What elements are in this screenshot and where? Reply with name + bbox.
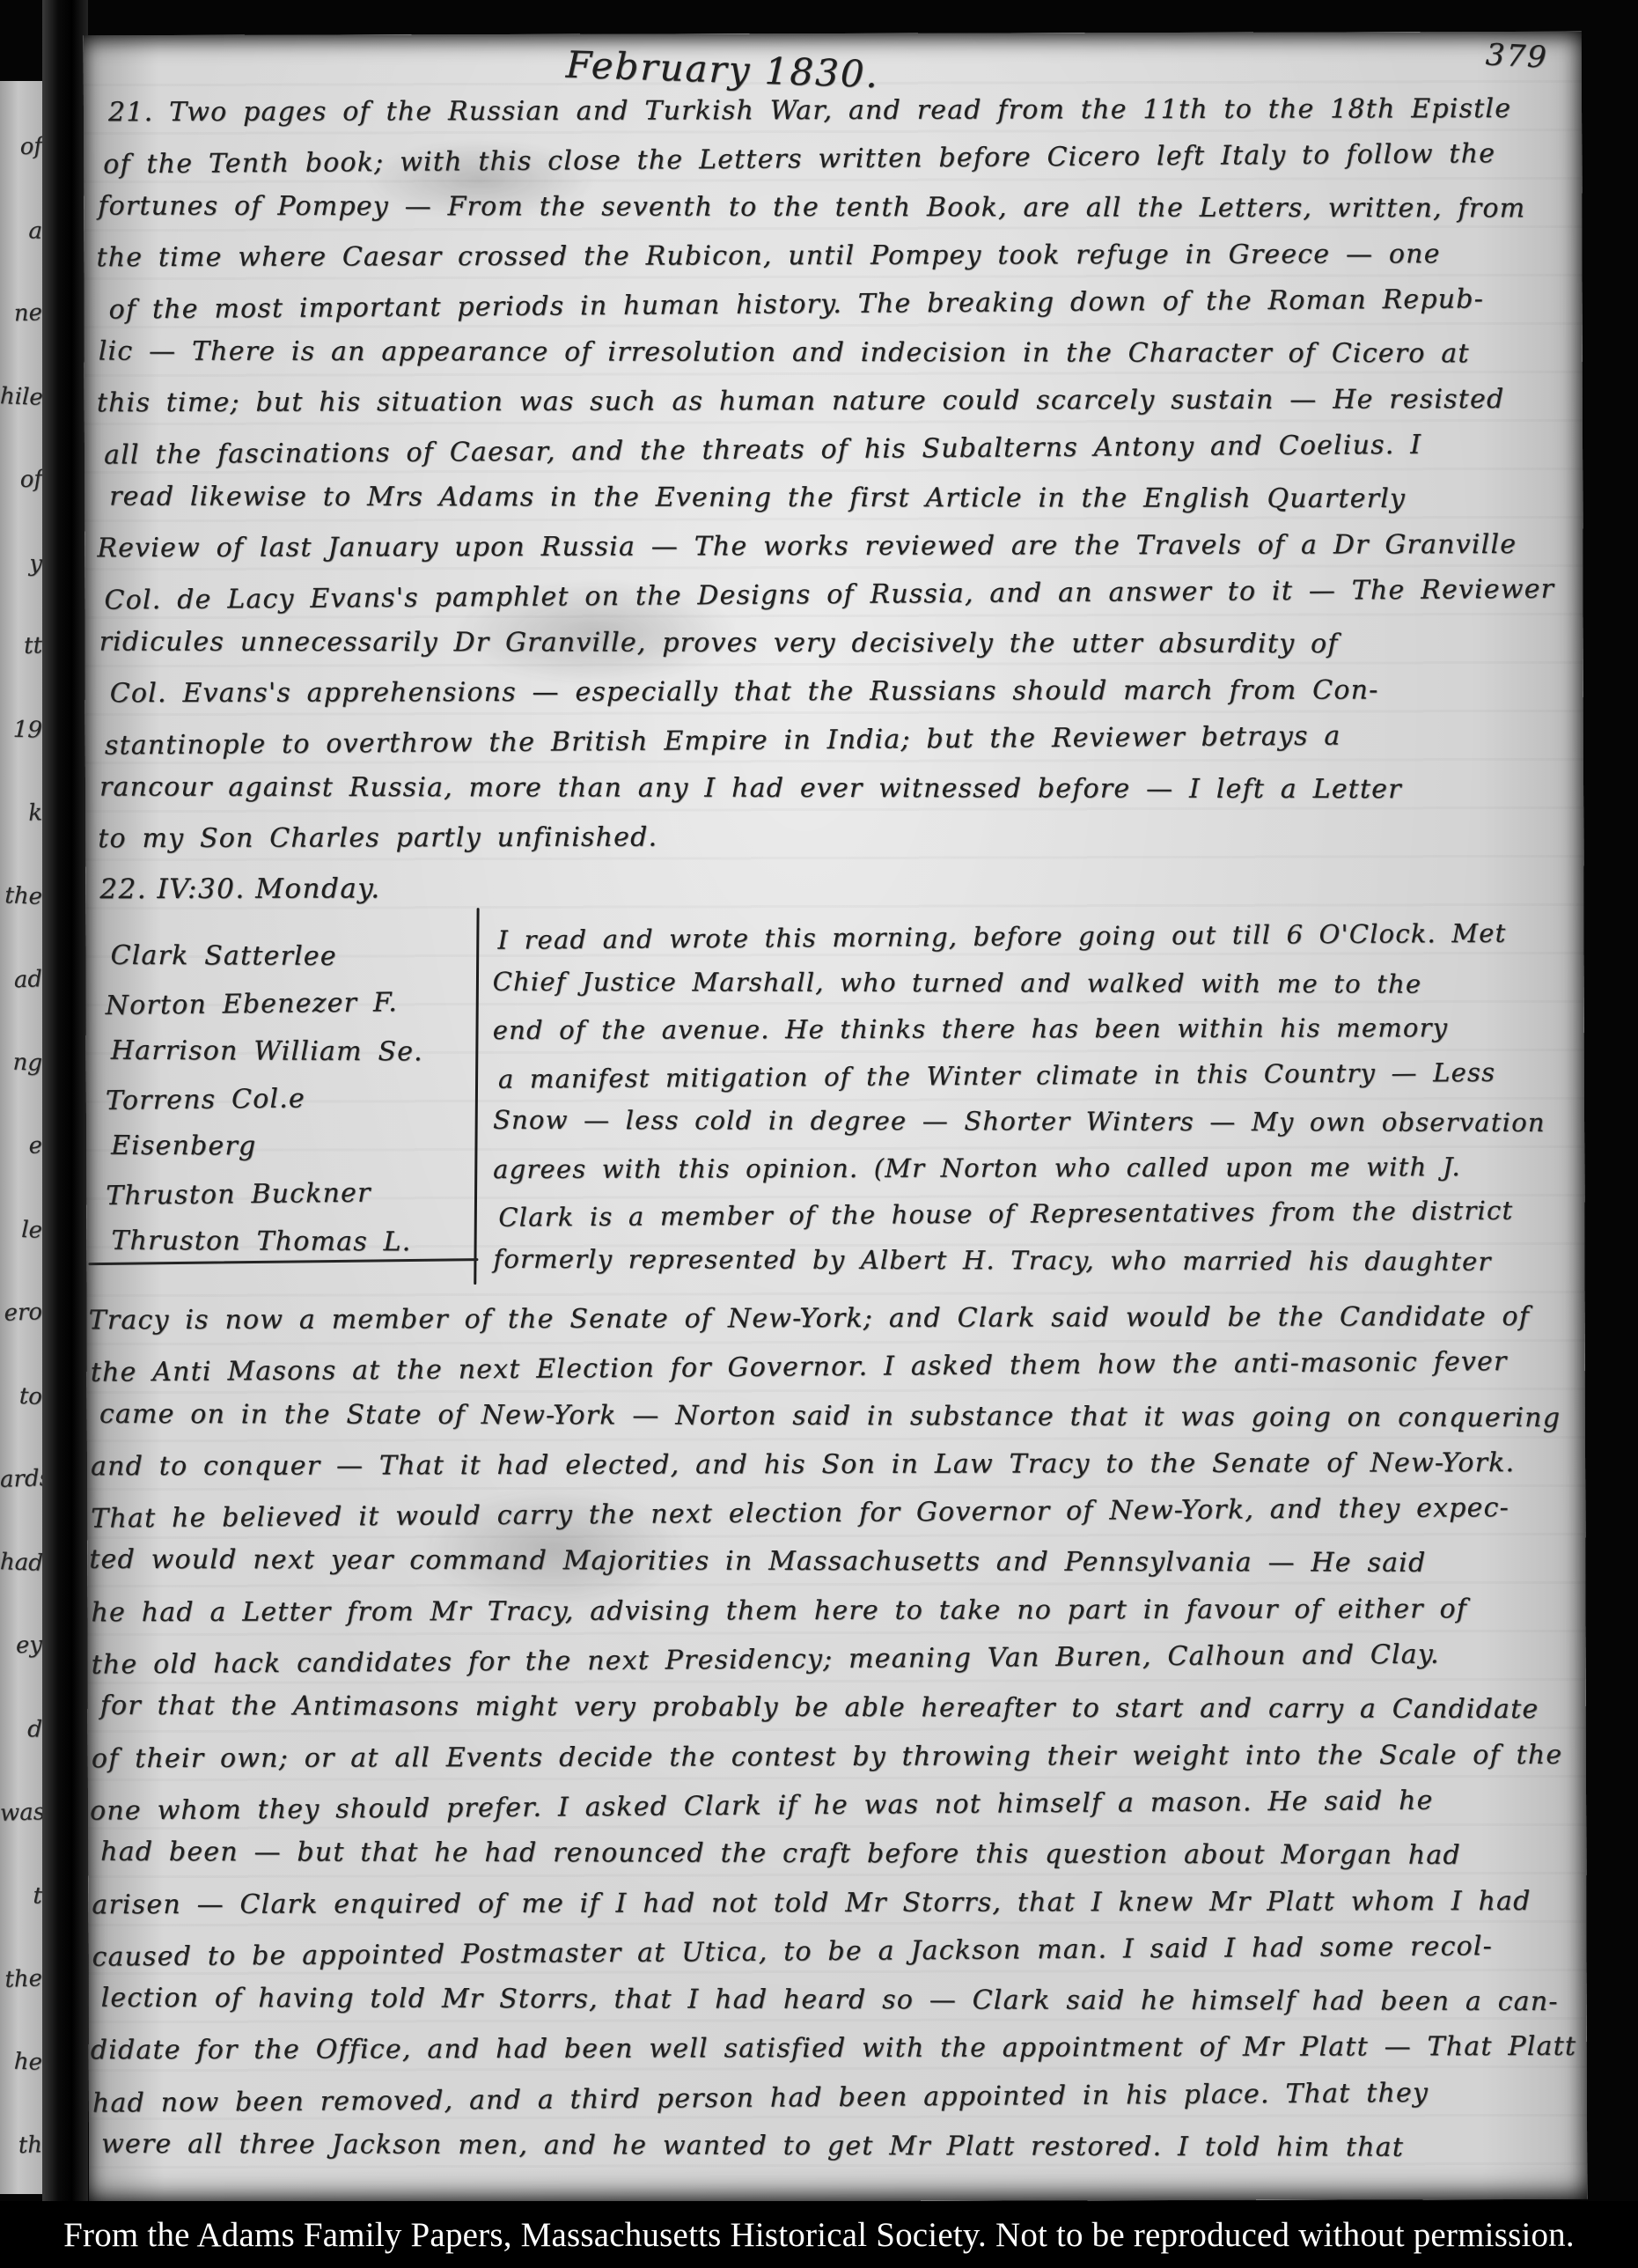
manuscript-page: 379 February 1830. 21. Two pages of the … [84,32,1587,2203]
manuscript-line: lection of having told Mr Storrs, that I… [101,1974,1578,2027]
facing-page-text-fragment: ey [0,1632,46,1660]
page-number: 379 [1485,37,1549,75]
facing-page-text-fragment: was [0,1799,46,1827]
manuscript-line: had now been removed, and a third person… [92,2067,1578,2128]
facing-page-text-fragment: of [0,466,46,494]
facing-page-text-fragment: had [0,1549,46,1577]
manuscript-line: I read and wrote this morning, before go… [497,909,1575,963]
manuscript-line: the time where Caesar crossed the Rubico… [96,230,1569,282]
facing-page-text-fragment: le [0,1216,46,1244]
manuscript-line: rancour against Russia, more than any I … [99,763,1571,814]
facing-page-edge-strip: of a ne hile of y tt 19 k the ad ng e le… [0,81,46,2194]
facing-page-text-fragment: of [0,133,46,161]
manuscript-line: of the Tenth book; with this close the L… [103,129,1569,188]
manuscript-line: were all three Jackson men, and he wante… [101,2120,1578,2173]
facing-page-text-fragment: ero [0,1299,46,1327]
manuscript-line: for that the Antimasons might very proba… [100,1682,1577,1734]
manuscript-line: agrees with this opinion. (Mr Norton who… [493,1143,1576,1192]
manuscript-line: one whom they should prefer. I asked Cla… [90,1775,1577,1836]
manuscript-line: read likewise to Mrs Adams in the Evenin… [109,473,1570,524]
manuscript-line: came on in the State of New-York — Norto… [99,1389,1576,1442]
manuscript-line: and to conquer — That it had elected, an… [91,1439,1576,1491]
manuscript-line: had been — but that he had renounced the… [100,1828,1577,1881]
manuscript-line: Chief Justice Marshall, who turned and w… [493,958,1576,1007]
manuscript-line: of their own; or at all Events decide th… [92,1730,1577,1783]
facing-page-text-fragment: tt [0,633,46,661]
facing-page-text-fragment: the [0,1965,46,1993]
manuscript-line: 21. Two pages of the Russian and Turkish… [108,85,1569,136]
manuscript-line: a manifest mitigation of the Winter clim… [498,1049,1576,1102]
facing-page-text-fragment: the [0,882,46,910]
manuscript-line: fortunes of Pompey — From the seventh to… [98,182,1569,233]
manuscript-line: didate for the Office, and had been well… [91,2022,1578,2075]
facing-page-text-fragment: t [0,1881,46,1910]
manuscript-line: stantinople to overthrow the British Emp… [105,710,1571,769]
manuscript-line: end of the avenue. He thinks there has b… [493,1005,1576,1054]
manuscript-line: of the most important periods in human h… [108,274,1569,334]
manuscript-line: all the fascinations of Caesar, and the … [104,419,1570,479]
facing-page-text-fragment: y [0,549,46,578]
manuscript-line: he had a Letter from Mr Tracy, advising … [91,1585,1576,1638]
manuscript-line: the Anti Masons at the next Election for… [91,1337,1576,1398]
facing-page-text-fragment: e [0,1132,46,1160]
facing-page-text-fragment: k [0,799,46,828]
facing-page-text-fragment: th [0,2132,46,2160]
manuscript-line: Tracy is now a member of the Senate of N… [89,1292,1576,1345]
facing-page-text-fragment: d [0,1715,46,1743]
manuscript-line: to my Son Charles partly unfinished. [98,811,1571,863]
manuscript-line: the old hack candidates for the next Pre… [91,1629,1576,1690]
manuscript-line: ridicules unnecessarily Dr Granville, pr… [99,618,1571,669]
visitor-name: Eisenberg [111,1123,466,1172]
visitor-name: Torrens Col.e [106,1073,467,1125]
facing-page-text-fragment: a [0,217,46,245]
entry-22-column-text: I read and wrote this morning, before go… [492,912,1576,1285]
entry-21-paragraph: 21. Two pages of the Russian and Turkish… [96,85,1571,863]
facing-page-text-fragment: ad [0,966,46,994]
manuscript-line: arisen — Clark enquired of me if I had n… [92,1876,1577,1929]
scanned-diary-photograph: of a ne hile of y tt 19 k the ad ng e le… [0,0,1638,2268]
manuscript-line: Clark is a member of the house of Repres… [498,1187,1576,1241]
manuscript-line: Col. Evans's apprehensions — especially … [110,666,1571,718]
facing-page-text-fragment: 19 [0,716,46,744]
manuscript-line: formerly represented by Albert H. Tracy,… [493,1235,1576,1285]
names-box-vertical-rule [474,908,479,1285]
archive-caption-text: From the Adams Family Papers, Massachuse… [63,2215,1575,2255]
archive-caption-bar: From the Adams Family Papers, Massachuse… [0,2201,1638,2268]
binding-gutter-shadow [42,0,88,2210]
entry-22-full-width-text: Tracy is now a member of the Senate of N… [91,1292,1579,2173]
manuscript-line: this time; but his situation was such as… [97,375,1570,427]
facing-page-text-fragment: ne [0,299,46,328]
visitor-name: Clark Satterlee [110,932,466,982]
facing-page-text-fragment: hile [0,383,46,411]
facing-page-text-fragment: he [0,2048,46,2076]
manuscript-line: lic — There is an appearance of irresolu… [99,328,1570,379]
visitor-name: Harrison William Se. [111,1027,466,1077]
facing-page-text-fragment: ng [0,1049,46,1077]
manuscript-line: Col. de Lacy Evans's pamphlet on the Des… [104,564,1570,624]
entry-22-date-line: 22. IV:30. Monday. [99,873,380,905]
manuscript-line: Review of last January upon Russia — The… [97,520,1570,572]
visitor-names-list: Clark Satterlee Norton Ebenezer F. Harri… [105,932,466,1266]
visitor-name: Norton Ebenezer F. [105,978,466,1030]
facing-page-text-fragment: to [0,1382,46,1410]
visitor-name: Thruston Buckner [106,1168,467,1220]
manuscript-line: ted would next year command Majorities i… [89,1535,1576,1588]
manuscript-line: Snow — less cold in degree — Shorter Win… [493,1097,1576,1146]
manuscript-line: caused to be appointed Postmaster at Uti… [92,1921,1577,1982]
facing-page-text-fragment: ards [0,1465,46,1493]
manuscript-line: That he believed it would carry the next… [91,1484,1576,1544]
